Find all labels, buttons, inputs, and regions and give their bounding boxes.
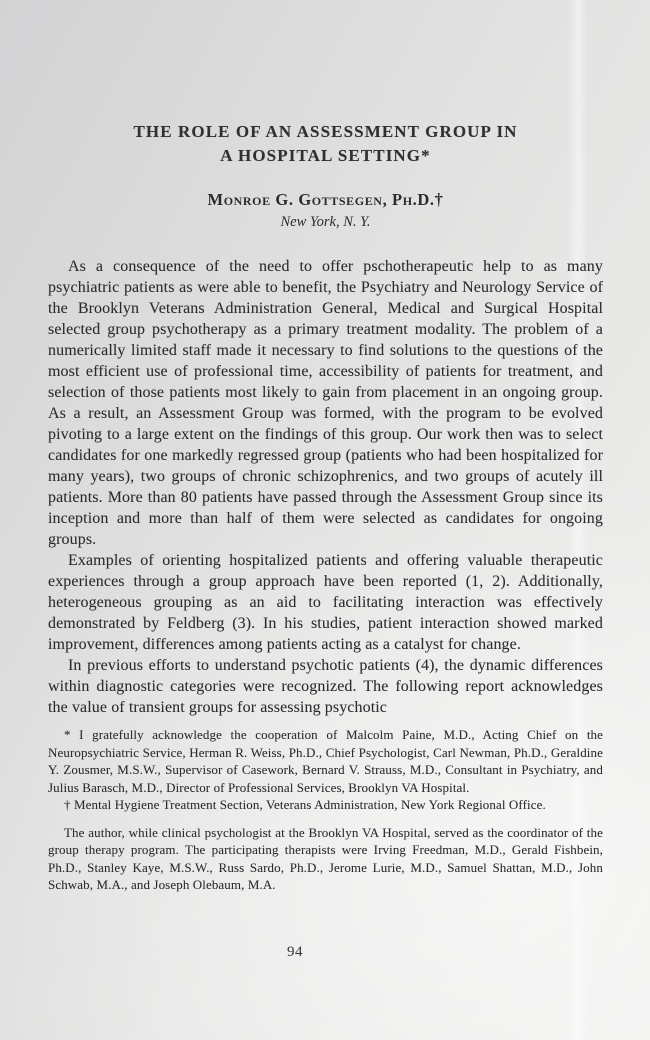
footnote-affiliation: † Mental Hygiene Treatment Section, Vete… bbox=[48, 796, 603, 814]
article-body: As a consequence of the need to offer ps… bbox=[48, 256, 603, 718]
footnote-acknowledgment: * I gratefully acknowledge the cooperati… bbox=[48, 726, 603, 796]
title-line-1: THE ROLE OF AN ASSESSMENT GROUP IN bbox=[133, 122, 517, 141]
author-location: New York, N. Y. bbox=[48, 213, 603, 232]
body-paragraph-2: Examples of orienting hospitalized patie… bbox=[48, 550, 603, 655]
footnotes-section: * I gratefully acknowledge the cooperati… bbox=[48, 726, 603, 894]
page-title: THE ROLE OF AN ASSESSMENT GROUP IN A HOS… bbox=[48, 120, 603, 168]
scanned-paper-page: THE ROLE OF AN ASSESSMENT GROUP IN A HOS… bbox=[0, 0, 650, 1040]
footnote-author-note: The author, while clinical psychologist … bbox=[48, 824, 603, 894]
page-content: THE ROLE OF AN ASSESSMENT GROUP IN A HOS… bbox=[48, 120, 603, 894]
author-name: Monroe G. Gottsegen, Ph.D.† bbox=[48, 190, 603, 210]
body-paragraph-3: In previous efforts to understand psycho… bbox=[48, 655, 603, 718]
page-number: 94 bbox=[0, 944, 590, 961]
title-line-2: A HOSPITAL SETTING* bbox=[220, 146, 430, 165]
body-paragraph-1: As a consequence of the need to offer ps… bbox=[48, 256, 603, 550]
